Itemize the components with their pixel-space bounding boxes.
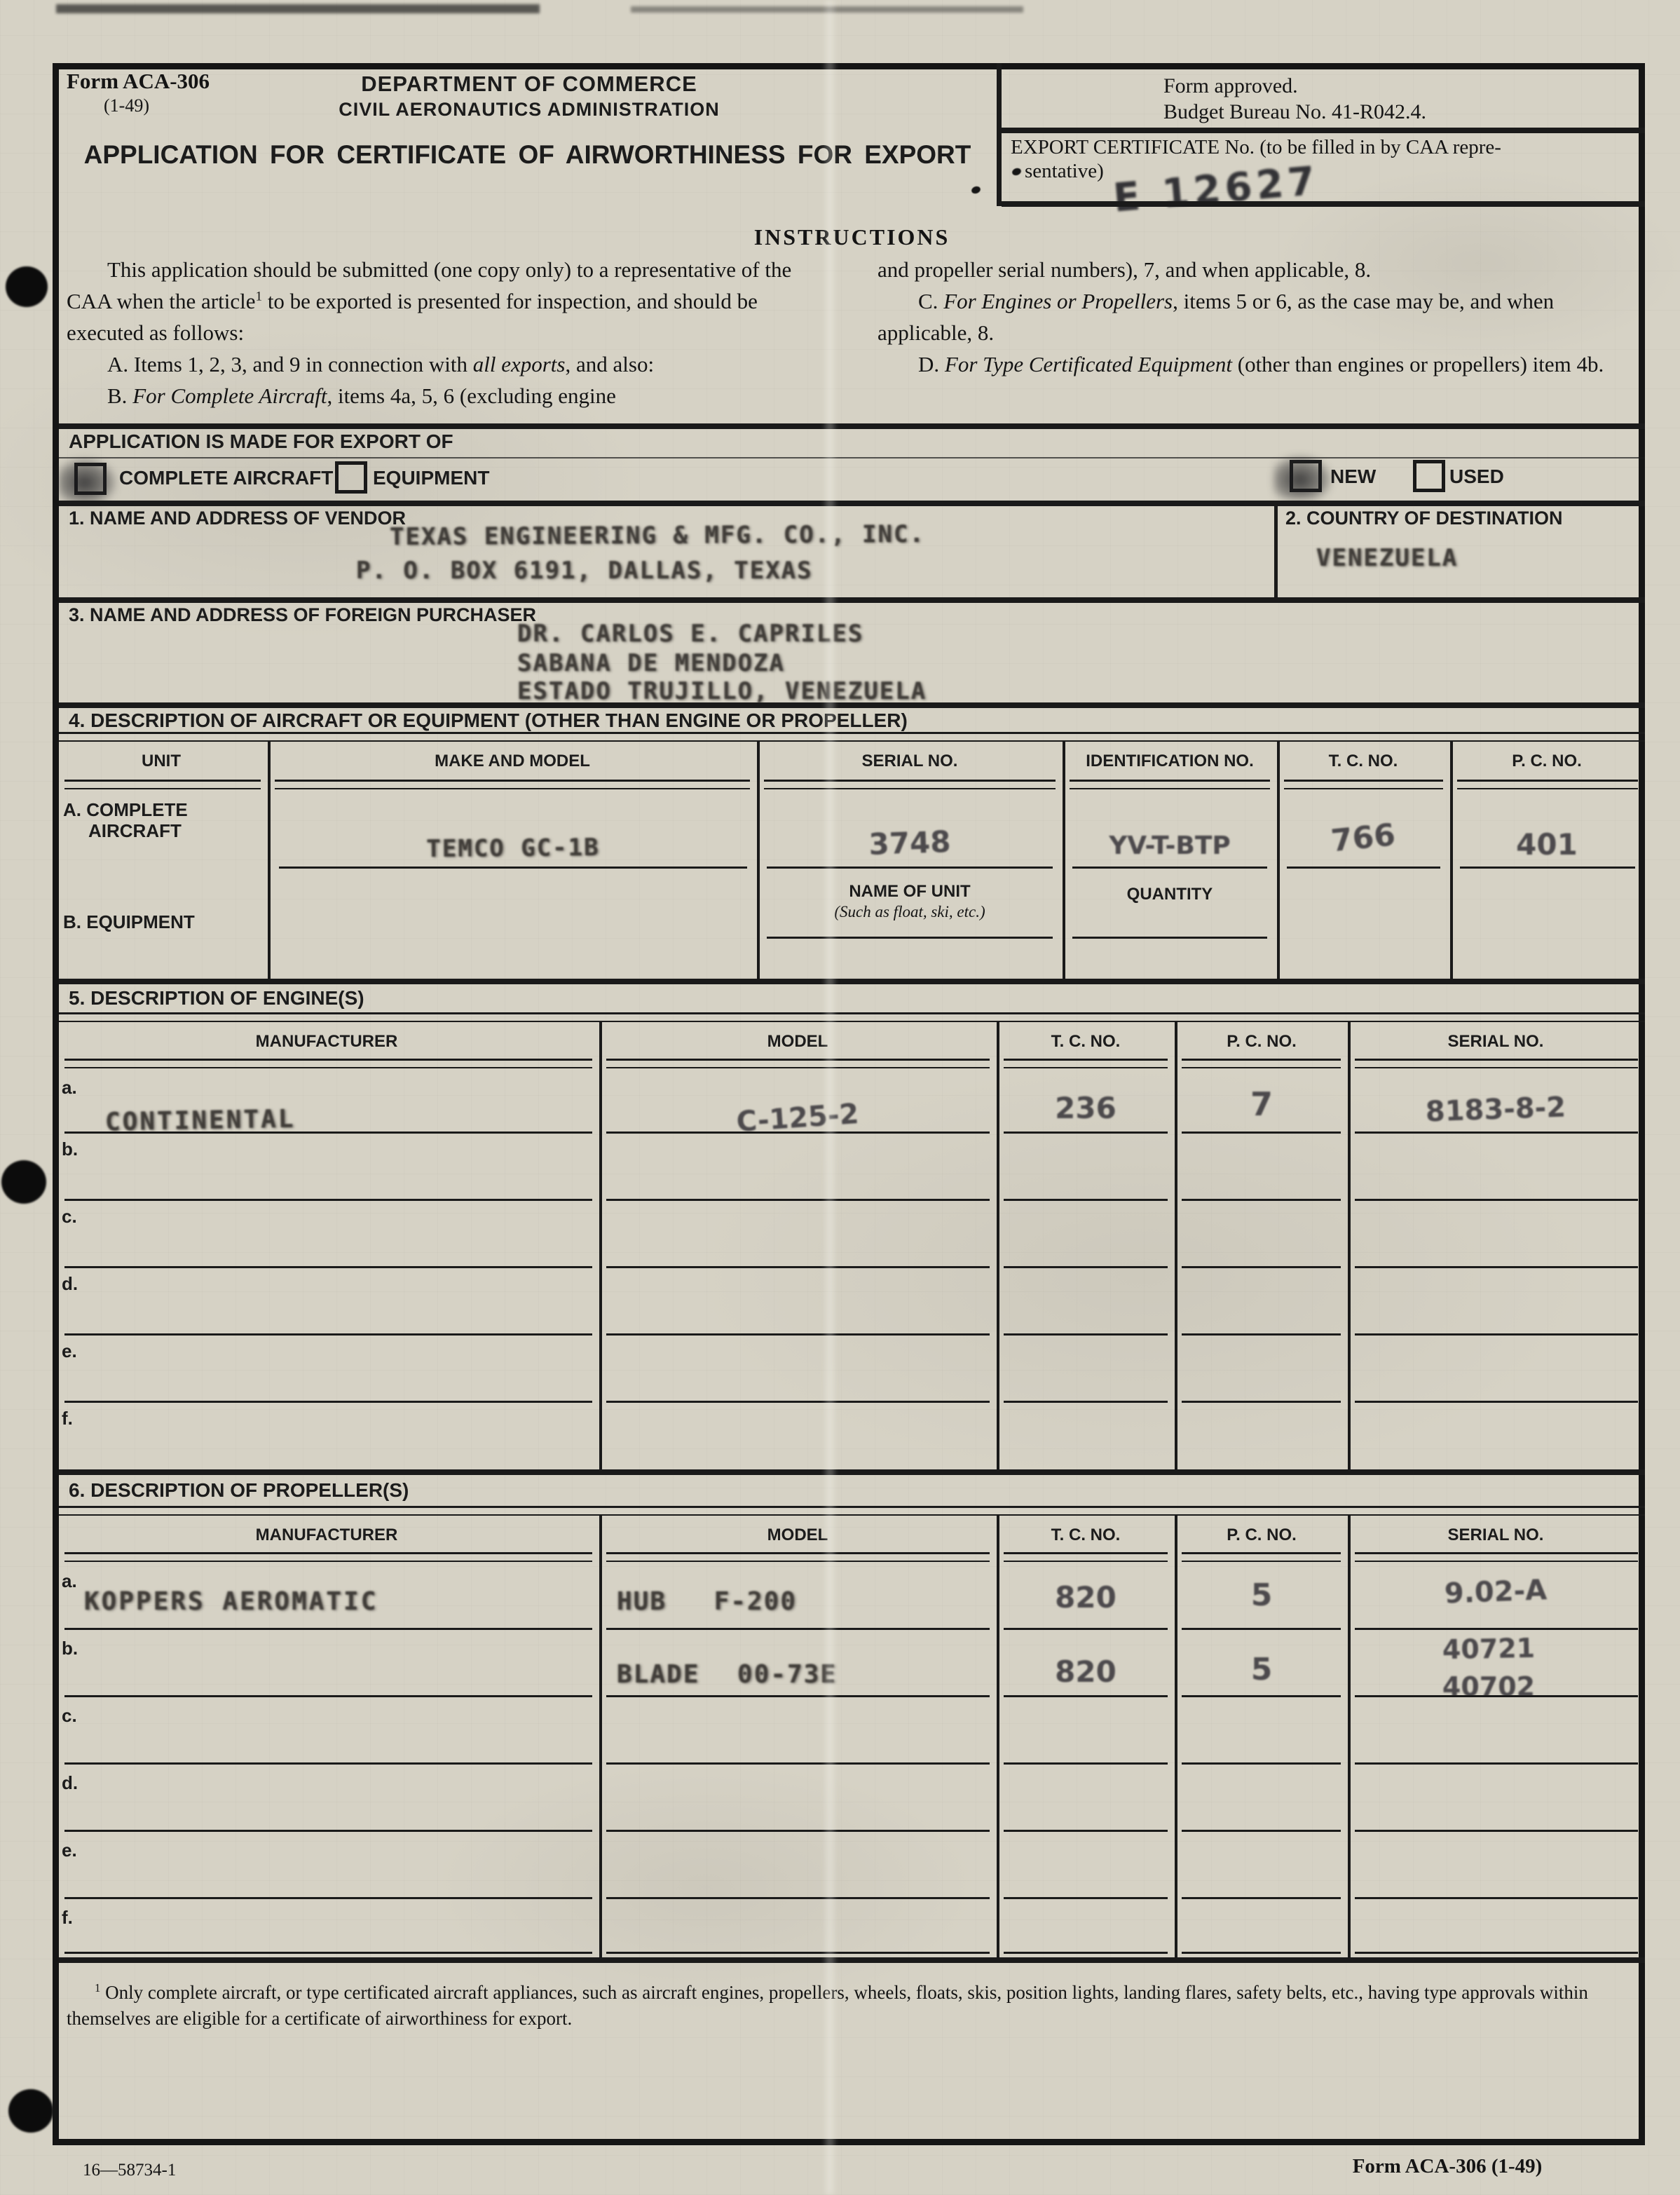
destination-value[interactable]: Venezuela xyxy=(1316,544,1458,572)
header-underline xyxy=(1004,1552,1168,1562)
table5-divider xyxy=(599,1021,602,1474)
section6-caption: 6. DESCRIPTION OF PROPELLER(S) xyxy=(69,1479,409,1502)
checkbox-equipment[interactable] xyxy=(335,461,367,494)
header-underline xyxy=(1182,1552,1341,1562)
section-rule xyxy=(59,423,1645,429)
propeller-hub-model-value[interactable]: Hub F-200 xyxy=(617,1587,797,1616)
section-rule xyxy=(59,597,1645,603)
vendor-destination-divider xyxy=(1274,501,1278,600)
row-underline xyxy=(767,867,1053,869)
checkbox-equipment-label: EQUIPMENT xyxy=(373,467,489,489)
footnote: 1 Only complete aircraft, or type certif… xyxy=(67,1980,1631,2032)
header-underline xyxy=(764,780,1056,789)
header-underline xyxy=(1070,780,1270,789)
checkbox-complete-aircraft-label: COMPLETE AIRCRAFT xyxy=(119,467,333,489)
propeller-hub-tc-value[interactable]: 820 xyxy=(1005,1580,1166,1615)
propeller-row-label: e. xyxy=(62,1840,77,1861)
propeller-row-label: c. xyxy=(62,1705,77,1727)
department-name: DEPARTMENT OF COMMERCE xyxy=(67,72,992,97)
table5-divider xyxy=(1175,1021,1177,1474)
row-underline xyxy=(1072,937,1267,939)
header-underline xyxy=(1355,1059,1638,1068)
propeller-manufacturer-value[interactable]: Koppers Aeromatic xyxy=(84,1587,378,1616)
instructions-item-b-continued: and propeller serial numbers), 7, and wh… xyxy=(877,254,1634,285)
instructions-heading: INSTRUCTIONS xyxy=(59,224,1645,250)
header-underline xyxy=(1284,780,1443,789)
double-rule xyxy=(59,1012,1645,1022)
table5-divider xyxy=(1348,1021,1351,1474)
table4-col-pc: P. C. NO. xyxy=(1456,752,1638,771)
punch-hole xyxy=(6,266,48,307)
engine-row-label: f. xyxy=(62,1408,73,1429)
table5-col-model: MODEL xyxy=(657,1032,938,1052)
engine-row-label: b. xyxy=(62,1139,78,1160)
engine-pc-value[interactable]: 7 xyxy=(1183,1085,1340,1123)
propeller-blade-pc-value[interactable]: 5 xyxy=(1183,1652,1340,1687)
form-approved: Form approved. Budget Bureau No. 41-R042… xyxy=(1163,73,1426,125)
section-rule xyxy=(59,501,1645,506)
header-underline xyxy=(275,780,750,789)
propeller-blade-serial-value[interactable]: 40702 xyxy=(1355,1671,1622,1702)
table6-col-manufacturer: MANUFACTURER xyxy=(116,1525,537,1545)
row-underline xyxy=(767,937,1053,939)
propeller-blade-tc-value[interactable]: 820 xyxy=(1005,1654,1166,1689)
table4-col-identification: IDENTIFICATION NO. xyxy=(1068,752,1271,771)
section4-caption: 4. DESCRIPTION OF AIRCRAFT OR EQUIPMENT … xyxy=(69,709,908,732)
purchaser-name-value[interactable]: Dr. Carlos E. Capriles xyxy=(517,620,863,648)
instructions-item-b: B. For Complete Aircraft, items 4a, 5, 6… xyxy=(67,380,832,412)
export-cert-label-line2: sentative) xyxy=(1025,160,1104,183)
propeller-row-label: f. xyxy=(62,1907,73,1929)
table4-row-b-label: B. EQUIPMENT xyxy=(63,911,195,933)
scan-edge-mark xyxy=(56,4,540,13)
thin-rule xyxy=(59,457,1645,458)
section-rule xyxy=(59,1957,1645,1963)
header-underline xyxy=(1004,1059,1168,1068)
section-rule xyxy=(59,1469,1645,1475)
scan-edge-mark xyxy=(631,6,1023,13)
approval-box-rule xyxy=(1002,128,1645,133)
instructions-right-column: and propeller serial numbers), 7, and wh… xyxy=(877,254,1634,380)
propeller-hub-pc-value[interactable]: 5 xyxy=(1183,1577,1340,1613)
table6-col-pc: P. C. NO. xyxy=(1183,1525,1340,1545)
aircraft-make-model-value[interactable]: Temco GC-1B xyxy=(294,832,732,864)
aircraft-pc-value[interactable]: 401 xyxy=(1456,827,1638,862)
form-approved-line2: Budget Bureau No. 41-R042.4. xyxy=(1163,99,1426,125)
pencil-smudge xyxy=(58,458,117,503)
table4-col-make-model: MAKE AND MODEL xyxy=(302,752,723,771)
section5-caption: 5. DESCRIPTION OF ENGINE(S) xyxy=(69,987,364,1010)
punch-hole xyxy=(1,1160,46,1204)
punch-hole xyxy=(8,2089,53,2133)
export-box-rule xyxy=(1002,201,1645,207)
scanned-form-aca-306: Form ACA-306 (1-49) DEPARTMENT OF COMMER… xyxy=(0,0,1680,2195)
header-underline xyxy=(64,1059,592,1068)
table5-col-pc: P. C. NO. xyxy=(1183,1032,1340,1052)
name-of-unit-subheader: (Such as float, ski, etc.) xyxy=(770,903,1050,921)
row-underline xyxy=(1460,867,1635,869)
propeller-row-label: b. xyxy=(62,1638,78,1659)
vendor-label: 1. NAME AND ADDRESS OF VENDOR xyxy=(69,508,406,529)
instructions-item-a: A. Items 1, 2, 3, and 9 in connection wi… xyxy=(67,348,832,380)
checkbox-complete-aircraft[interactable] xyxy=(74,463,107,495)
table4-divider xyxy=(1063,740,1065,980)
checkbox-new[interactable] xyxy=(1290,460,1322,492)
table6-divider xyxy=(997,1514,999,1957)
table5-col-manufacturer: MANUFACTURER xyxy=(116,1032,537,1052)
engine-row-label: d. xyxy=(62,1273,78,1295)
vendor-address-value[interactable]: P. O. Box 6191, Dallas, Texas xyxy=(356,557,813,585)
engine-row-label: a. xyxy=(62,1077,77,1099)
table5-col-serial: SERIAL NO. xyxy=(1355,1032,1636,1052)
propeller-blade-model-value[interactable]: Blade 00-73E xyxy=(617,1660,837,1689)
section-rule xyxy=(59,702,1645,708)
header-underline xyxy=(1182,1059,1341,1068)
form-approved-line1: Form approved. xyxy=(1163,73,1426,99)
table4-divider xyxy=(757,740,760,980)
instructions-intro: This application should be submitted (on… xyxy=(67,254,832,348)
table4-col-unit: UNIT xyxy=(91,752,231,771)
header-underline xyxy=(64,1552,592,1562)
aircraft-identification-value[interactable]: YV-T-BTP xyxy=(1068,831,1271,860)
instructions-left-column: This application should be submitted (on… xyxy=(67,254,832,412)
propeller-row-label: a. xyxy=(62,1570,77,1592)
header-underline xyxy=(1457,780,1638,789)
engine-row-label: c. xyxy=(62,1206,77,1228)
header-underline xyxy=(606,1059,990,1068)
table6-col-serial: SERIAL NO. xyxy=(1355,1525,1636,1545)
table4-divider xyxy=(1277,740,1280,980)
table4-col-serial: SERIAL NO. xyxy=(770,752,1050,771)
header-underline xyxy=(606,1552,990,1562)
export-cert-label-line1: EXPORT CERTIFICATE No. (to be filled in … xyxy=(1011,136,1501,159)
footer-form-ref: Form ACA-306 (1-49) xyxy=(1283,2155,1612,2178)
pencil-smudge xyxy=(1273,455,1332,500)
table5-divider xyxy=(997,1021,999,1474)
destination-label: 2. COUNTRY OF DESTINATION xyxy=(1285,508,1563,529)
purchaser-label: 3. NAME AND ADDRESS OF FOREIGN PURCHASER xyxy=(69,604,536,626)
table4-col-tc: T. C. NO. xyxy=(1283,752,1444,771)
table6-divider xyxy=(1175,1514,1177,1957)
propeller-serial-extra-value[interactable]: 40721 xyxy=(1355,1631,1623,1667)
double-rule xyxy=(59,732,1645,742)
instructions-item-c: C. For Engines or Propellers, items 5 or… xyxy=(877,285,1634,348)
print-code: 16—58734-1 xyxy=(83,2161,176,2180)
table6-col-model: MODEL xyxy=(657,1525,938,1545)
table6-divider xyxy=(1348,1514,1351,1957)
form-title: APPLICATION FOR CERTIFICATE OF AIRWORTHI… xyxy=(63,140,992,170)
header-underline xyxy=(1355,1552,1638,1562)
row-underline xyxy=(279,867,747,869)
engine-row-label: e. xyxy=(62,1340,77,1362)
table4-divider xyxy=(268,740,271,980)
table6-col-tc: T. C. NO. xyxy=(1005,1525,1166,1545)
header-divider xyxy=(997,63,1002,206)
export-of-caption: APPLICATION IS MADE FOR EXPORT OF xyxy=(69,430,453,453)
quantity-header: QUANTITY xyxy=(1068,885,1271,904)
checkbox-new-label: NEW xyxy=(1330,465,1376,488)
row-underline xyxy=(1287,867,1440,869)
table6-divider xyxy=(599,1514,602,1957)
checkbox-used[interactable] xyxy=(1413,460,1445,492)
vendor-name-value[interactable]: Texas Engineering & Mfg. Co., Inc. xyxy=(390,520,925,551)
header-underline xyxy=(64,780,261,789)
propeller-row-label: d. xyxy=(62,1772,78,1794)
section-rule xyxy=(59,979,1645,984)
table4-row-a-label: A. COMPLETE AIRCRAFT xyxy=(63,799,188,841)
purchaser-address1-value[interactable]: Sabana de Mendoza xyxy=(517,649,785,677)
instructions-item-d: D. For Type Certificated Equipment (othe… xyxy=(877,348,1634,380)
administration-name: CIVIL AERONAUTICS ADMINISTRATION xyxy=(67,99,992,121)
name-of-unit-header: NAME OF UNIT xyxy=(770,882,1050,902)
row-underline xyxy=(1072,867,1267,869)
engine-tc-value[interactable]: 236 xyxy=(1005,1091,1166,1125)
checkbox-used-label: USED xyxy=(1449,465,1504,488)
double-rule xyxy=(59,1506,1645,1516)
table4-divider xyxy=(1450,740,1453,980)
purchaser-address2-value[interactable]: Estado Trujillo, Venezuela xyxy=(517,677,927,705)
table5-col-tc: T. C. NO. xyxy=(1005,1032,1166,1052)
